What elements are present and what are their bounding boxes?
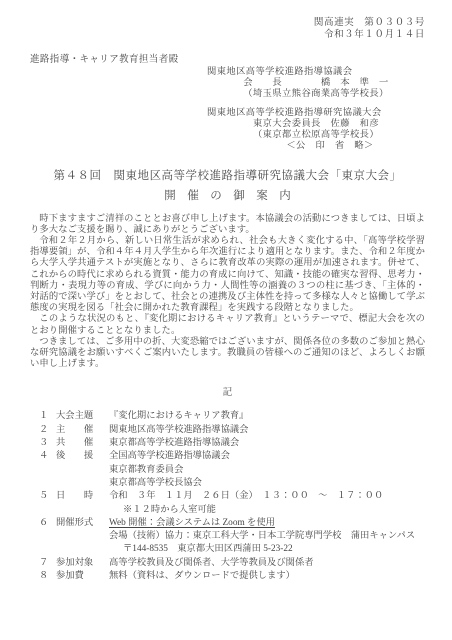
agenda-value: 関東地区高等学校進路指導協議会: [109, 424, 425, 437]
agenda-label: 開催形式: [56, 517, 109, 530]
agenda-value: 令和 ３年 １１月 ２６日（金） １３：００ ～ １７：００: [109, 490, 425, 503]
agenda-value: 『変化期におけるキャリア教育』: [109, 410, 425, 423]
agenda-label: [56, 543, 109, 556]
agenda-no: ５: [39, 490, 56, 503]
letter-subtitle: 開 催 の 御 案 内: [30, 187, 425, 203]
agenda-label: [56, 477, 109, 490]
body-paragraph-4: つきましては、ご多用中の折、大変恐縮ではございますが、関係各位の多数のご参加と熱…: [30, 337, 425, 371]
agenda-row-４-cont1: 東京都教育委員会: [30, 464, 425, 477]
agenda-label: [56, 504, 109, 517]
agenda-label: 参加費: [56, 570, 109, 583]
agenda-label: 日 時: [56, 490, 109, 503]
agenda-value: 〒144-8535 東京都大田区西蒲田 5-23-22: [109, 543, 425, 556]
agenda-label: 共 催: [56, 437, 109, 450]
agenda-label: 大会主題: [56, 410, 109, 423]
agenda-label: 参加対象: [56, 557, 109, 570]
agenda-no: [39, 464, 56, 477]
agenda-no: １: [39, 410, 56, 423]
agenda-no: ４: [39, 450, 56, 463]
letter-body: 時下ますますご清祥のこととお喜び申し上げます。本協議会の活動につきましては、日頃…: [30, 214, 425, 371]
agenda-no: ３: [39, 437, 56, 450]
agenda-row-６: ６開催形式Web 開催：会議システムは Zoom を使用: [30, 517, 425, 530]
agenda-value: 全国高等学校進路指導協議会: [109, 450, 425, 463]
agenda-no: [39, 477, 56, 490]
agenda-value: 高等学校教員及び関係者、大学等教員及び関係者: [109, 557, 425, 570]
agenda-value: 東京都高等学校進路指導協議会: [109, 437, 425, 450]
agenda-label: [56, 464, 109, 477]
addressee-line: 進路指導・キャリア教育担当者殿: [30, 51, 425, 65]
body-paragraph-1: 時下ますますご清祥のこととお喜び申し上げます。本協議会の活動につきましては、日頃…: [30, 214, 425, 236]
sender-block-committee: 関東地区高等学校進路指導研究協議大会 東京大会委員長 佐藤 和彦 （東京都立松原…: [207, 108, 425, 151]
letter-title-block: 第４８回 関東地区高等学校進路指導研究協議大会「東京大会」 開 催 の 御 案 …: [30, 167, 425, 203]
agenda-label: 後 援: [56, 450, 109, 463]
agenda-no: ２: [39, 424, 56, 437]
agenda-no: [39, 530, 56, 543]
agenda-value: ※１２時から入室可能: [109, 504, 425, 517]
agenda-row-１: １大会主題『変化期におけるキャリア教育』: [30, 410, 425, 423]
sender-block-chairman: 関東地区高等学校進路指導協議会 会 長 橋 本 準 一 （埼玉県立熊谷商業高等学…: [207, 67, 425, 99]
agenda-label: 主 催: [56, 424, 109, 437]
agenda-list: １大会主題『変化期におけるキャリア教育』２主 催関東地区高等学校進路指導協議会３…: [30, 410, 425, 583]
agenda-value: 会場（技術）協力：東京工科大学・日本工学院専門学校 蒲田キャンパス: [109, 530, 425, 543]
agenda-value: 東京都教育委員会: [109, 464, 425, 477]
agenda-no: ８: [39, 570, 56, 583]
seal-omitted-note: ＜公 印 省 略＞: [207, 141, 425, 152]
sender1-name: 会 長 橋 本 準 一: [207, 78, 425, 89]
letter-title: 第４８回 関東地区高等学校進路指導研究協議大会「東京大会」: [30, 167, 425, 183]
issue-date: 令和３年１０月１４日: [30, 30, 425, 42]
agenda-row-５-cont1: ※１２時から入室可能: [30, 504, 425, 517]
sender1-org: 関東地区高等学校進路指導協議会: [207, 67, 425, 78]
agenda-row-６-cont2: 〒144-8535 東京都大田区西蒲田 5-23-22: [30, 543, 425, 556]
agenda-no: ７: [39, 557, 56, 570]
sender1-note: （埼玉県立熊谷商業高等学校長）: [207, 89, 425, 100]
agenda-row-３: ３共 催東京都高等学校進路指導協議会: [30, 437, 425, 450]
body-paragraph-2: 令和２年２月から、新しい日常生活が求められ、社会も大きく変化する中、「高等学校学…: [30, 236, 425, 314]
document-page: 関高連実 第０３０３号 令和３年１０月１４日 進路指導・キャリア教育担当者殿 関…: [0, 0, 452, 640]
agenda-no: [39, 543, 56, 556]
doc-number: 関高連実 第０３０３号: [30, 18, 425, 30]
sender2-org: 関東地区高等学校進路指導研究協議大会: [207, 108, 425, 119]
agenda-row-８: ８参加費無料（資料は、ダウンロードで提供します）: [30, 570, 425, 583]
sender2-note: （東京都立松原高等学校長）: [207, 130, 425, 141]
body-paragraph-3: このような状況のもと、『変化期におけるキャリア教育』というテーマで、標記大会を次…: [30, 314, 425, 336]
agenda-row-４: ４後 援全国高等学校進路指導協議会: [30, 450, 425, 463]
agenda-label: [56, 530, 109, 543]
agenda-row-６-cont1: 会場（技術）協力：東京工科大学・日本工学院専門学校 蒲田キャンパス: [30, 530, 425, 543]
ki-marker: 記: [30, 384, 425, 398]
agenda-value: 無料（資料は、ダウンロードで提供します）: [109, 570, 425, 583]
agenda-row-２: ２主 催関東地区高等学校進路指導協議会: [30, 424, 425, 437]
agenda-row-７: ７参加対象高等学校教員及び関係者、大学等教員及び関係者: [30, 557, 425, 570]
agenda-row-４-cont2: 東京都高等学校長協会: [30, 477, 425, 490]
agenda-row-５: ５日 時令和 ３年 １１月 ２６日（金） １３：００ ～ １７：００: [30, 490, 425, 503]
sender2-name: 東京大会委員長 佐藤 和彦: [207, 119, 425, 130]
agenda-no: ６: [39, 517, 56, 530]
agenda-value: 東京都高等学校長協会: [109, 477, 425, 490]
agenda-value: Web 開催：会議システムは Zoom を使用: [109, 517, 425, 530]
agenda-no: [39, 504, 56, 517]
